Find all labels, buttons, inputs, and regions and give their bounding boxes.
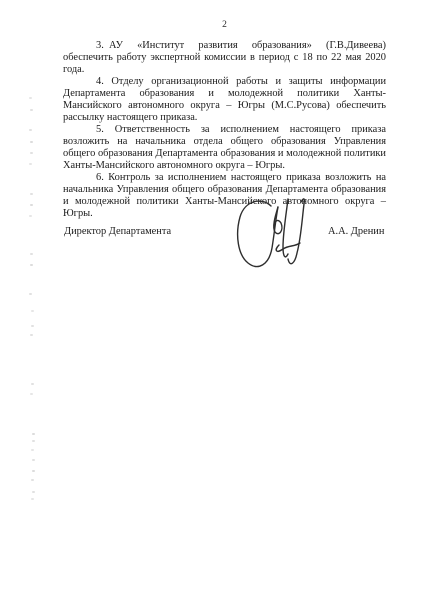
scan-artifact	[29, 293, 32, 295]
scan-artifact	[31, 383, 34, 385]
handwritten-signature-icon	[231, 195, 307, 275]
scan-artifact	[31, 449, 34, 451]
paragraph-item-4: 4. Отделу организационной работы и защит…	[63, 76, 386, 124]
scan-artifact	[31, 325, 34, 327]
page-number: 2	[63, 20, 386, 30]
document-body: 3. АУ «Институт развития образования» (Г…	[63, 40, 386, 220]
scan-artifact	[30, 253, 33, 255]
paragraph-item-6: 6. Контроль за исполнением настоящего пр…	[63, 172, 386, 220]
scan-artifact	[30, 204, 33, 206]
paragraph-item-3: 3. АУ «Институт развития образования» (Г…	[63, 40, 386, 76]
scan-artifact	[29, 97, 32, 99]
scan-artifact	[32, 459, 35, 461]
scan-artifact	[30, 393, 33, 395]
scan-artifact	[30, 141, 33, 143]
scan-artifact	[30, 193, 33, 195]
scan-artifact	[29, 129, 32, 131]
signer-title: Директор Департамента	[64, 226, 171, 237]
scan-artifact	[32, 440, 35, 442]
scan-artifact	[29, 163, 32, 165]
scan-artifact	[30, 334, 33, 336]
paragraph-item-5: 5. Ответственность за исполнением настоя…	[63, 124, 386, 172]
scan-artifact	[31, 498, 34, 500]
signer-name: А.А. Дренин	[328, 226, 384, 237]
scan-artifact	[32, 433, 35, 435]
document-page: 2 3. АУ «Институт развития образования» …	[0, 0, 428, 599]
scan-artifact	[32, 491, 35, 493]
scan-artifact	[31, 479, 34, 481]
scan-artifact	[31, 310, 34, 312]
scan-artifact	[29, 215, 32, 217]
scan-artifact	[32, 470, 35, 472]
scan-artifact	[30, 109, 33, 111]
scan-artifact	[30, 152, 33, 154]
scan-artifact	[30, 264, 33, 266]
